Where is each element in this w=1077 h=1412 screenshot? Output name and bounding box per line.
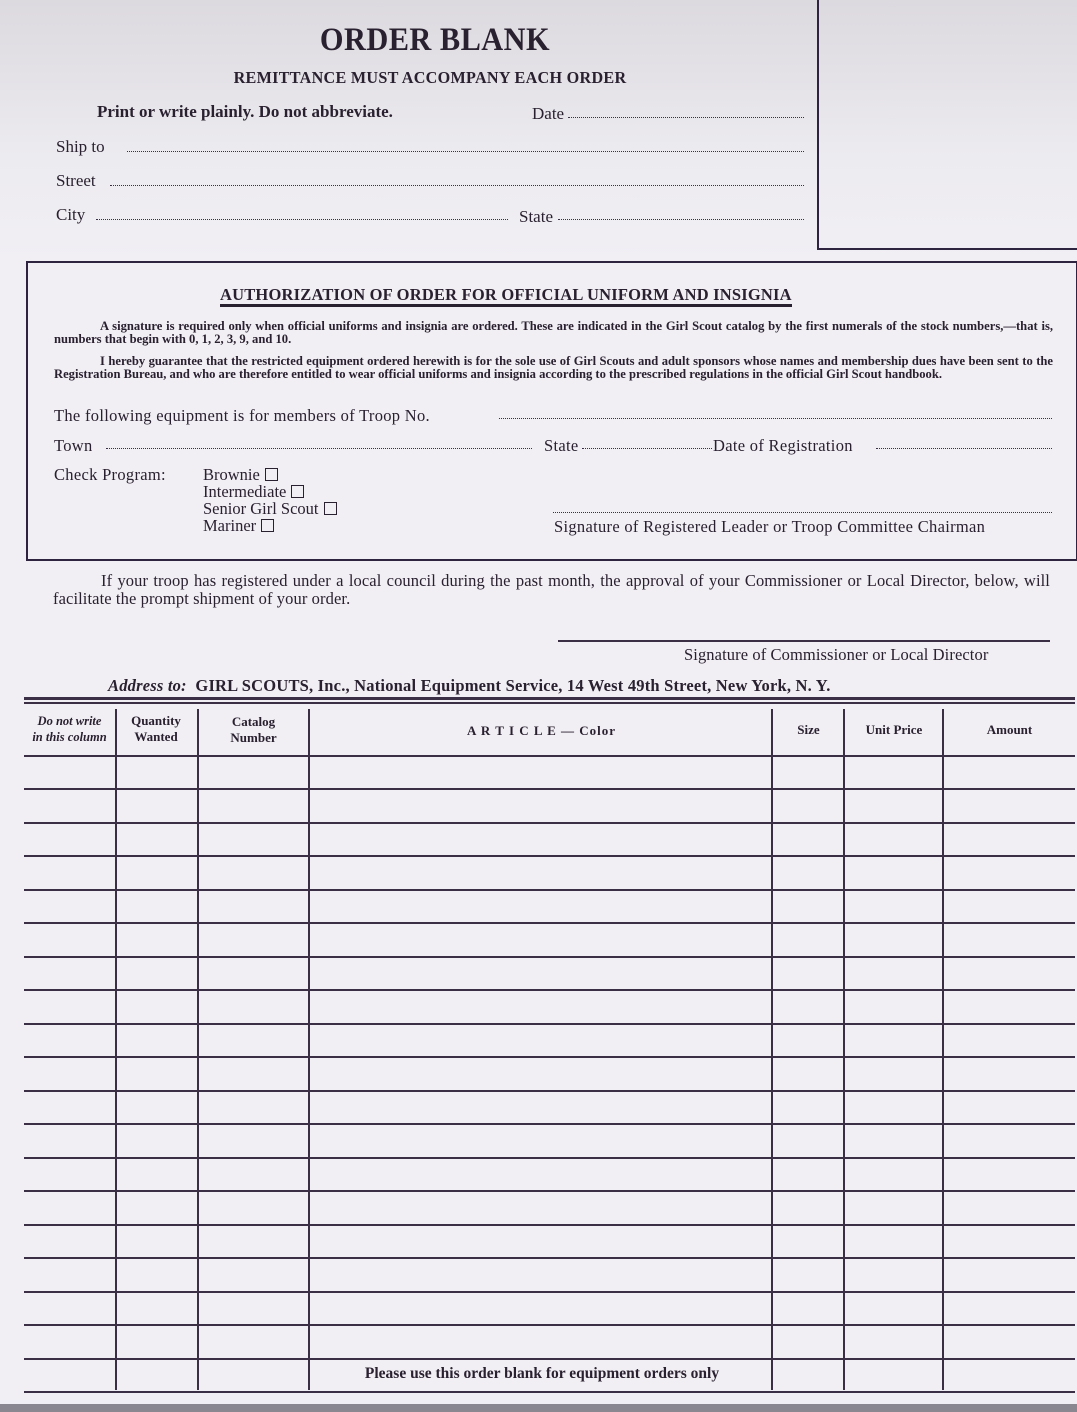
cell-amount[interactable]	[947, 892, 1072, 919]
city-field[interactable]	[96, 219, 508, 220]
cell-catalog[interactable]	[200, 791, 307, 818]
row-rule	[24, 1324, 1075, 1326]
row-rule	[24, 1056, 1075, 1058]
cell-amount[interactable]	[947, 1260, 1072, 1287]
approval-note: If your troop has registered under a loc…	[53, 572, 1050, 608]
row-rule	[24, 1391, 1075, 1393]
cell-office	[27, 1093, 112, 1120]
cell-size[interactable]	[776, 1126, 841, 1153]
row-rule	[24, 1190, 1075, 1192]
cell-amount[interactable]	[947, 1026, 1072, 1053]
leader-signature-label: Signature of Registered Leader or Troop …	[554, 517, 985, 537]
cell-catalog[interactable]	[200, 925, 307, 952]
col-header-unit-price: Unit Price	[844, 722, 944, 738]
cell-size[interactable]	[776, 892, 841, 919]
instruction-text: Print or write plainly. Do not abbreviat…	[97, 102, 393, 122]
cell-amount[interactable]	[947, 1059, 1072, 1086]
cell-office	[27, 892, 112, 919]
cell-quantity[interactable]	[118, 892, 194, 919]
program-senior-girl-scout[interactable]: Senior Girl Scout	[203, 500, 337, 517]
cell-office	[27, 959, 112, 986]
senior-girl-scout-checkbox[interactable]	[324, 502, 337, 515]
cell-office	[27, 1126, 112, 1153]
cell-office	[27, 1294, 112, 1321]
cell-catalog[interactable]	[200, 1294, 307, 1321]
cell-unit_price[interactable]	[847, 825, 941, 852]
table-top-rule-2	[24, 702, 1075, 704]
cell-article[interactable]	[313, 825, 770, 852]
cell-article[interactable]	[313, 1059, 770, 1086]
brownie-checkbox[interactable]	[265, 468, 278, 481]
cell-catalog[interactable]	[200, 1093, 307, 1120]
cell-catalog[interactable]	[200, 1160, 307, 1187]
commissioner-signature-field[interactable]	[558, 640, 1050, 642]
cell-article[interactable]	[313, 1126, 770, 1153]
authorization-paragraph-2: I hereby guarantee that the restricted e…	[54, 355, 1053, 380]
leader-signature-field[interactable]	[553, 512, 1052, 513]
state-field[interactable]	[558, 219, 804, 220]
address-text: GIRL SCOUTS, Inc., National Equipment Se…	[195, 676, 830, 695]
address-prefix: Address to:	[108, 676, 187, 695]
cell-amount[interactable]	[947, 791, 1072, 818]
date-field[interactable]	[568, 117, 804, 118]
cell-quantity[interactable]	[118, 1059, 194, 1086]
cell-unit_price[interactable]	[847, 1193, 941, 1220]
cell-size[interactable]	[776, 1093, 841, 1120]
street-field[interactable]	[110, 185, 804, 186]
cell-article[interactable]	[313, 1093, 770, 1120]
cell-catalog[interactable]	[200, 1126, 307, 1153]
cell-catalog[interactable]	[200, 1059, 307, 1086]
header-line: Number	[197, 730, 310, 746]
cell-unit_price[interactable]	[847, 1160, 941, 1187]
row-rule	[24, 1090, 1075, 1092]
town-field[interactable]	[106, 448, 532, 449]
cell-office	[27, 1327, 112, 1354]
cell-office	[27, 758, 112, 785]
row-rule	[24, 889, 1075, 891]
row-rule	[24, 788, 1075, 790]
header-line: Quantity	[115, 713, 197, 729]
cell-amount[interactable]	[947, 758, 1072, 785]
troop-number-field[interactable]	[499, 418, 1052, 419]
auth-state-label: State	[544, 436, 579, 456]
cell-quantity[interactable]	[118, 1193, 194, 1220]
ship-to-field[interactable]	[127, 151, 804, 152]
cell-article[interactable]	[313, 959, 770, 986]
cell-size[interactable]	[776, 1193, 841, 1220]
cell-article[interactable]	[313, 892, 770, 919]
cell-article[interactable]	[313, 1260, 770, 1287]
street-label: Street	[56, 171, 96, 191]
cell-unit_price[interactable]	[847, 1227, 941, 1254]
cell-office	[27, 1160, 112, 1187]
cell-amount[interactable]	[947, 825, 1072, 852]
cell-catalog[interactable]	[200, 892, 307, 919]
cell-quantity[interactable]	[118, 1026, 194, 1053]
col-divider	[115, 709, 117, 1390]
program-label: Mariner	[203, 516, 256, 535]
cell-office	[27, 1026, 112, 1053]
mailing-address: Address to: GIRL SCOUTS, Inc., National …	[108, 676, 831, 696]
cell-quantity[interactable]	[118, 825, 194, 852]
cell-catalog[interactable]	[200, 992, 307, 1019]
cell-article[interactable]	[313, 1026, 770, 1053]
check-program-label: Check Program:	[54, 465, 166, 485]
cell-unit_price[interactable]	[847, 758, 941, 785]
cell-quantity[interactable]	[118, 959, 194, 986]
col-header-size: Size	[773, 722, 844, 738]
cell-amount[interactable]	[947, 959, 1072, 986]
cell-size[interactable]	[776, 1327, 841, 1354]
cell-article[interactable]	[313, 1160, 770, 1187]
cell-unit_price[interactable]	[847, 892, 941, 919]
row-rule	[24, 922, 1075, 924]
row-rule	[24, 1023, 1075, 1025]
row-rule	[24, 822, 1075, 824]
cell-quantity[interactable]	[118, 1227, 194, 1254]
form-title: ORDER BLANK	[35, 22, 835, 59]
cell-quantity[interactable]	[118, 858, 194, 885]
header-line: Catalog	[197, 714, 310, 730]
date-of-registration-label: Date of Registration	[713, 436, 853, 456]
cell-office	[27, 1227, 112, 1254]
col-header-quantity: Quantity Wanted	[115, 713, 197, 745]
cell-catalog[interactable]	[200, 959, 307, 986]
row-rule	[24, 755, 1075, 757]
approval-note-text: If your troop has registered under a loc…	[53, 571, 1050, 608]
table-footer-note: Please use this order blank for equipmen…	[312, 1365, 772, 1383]
cell-unit_price[interactable]	[847, 791, 941, 818]
cell-office	[27, 1193, 112, 1220]
cell-catalog[interactable]	[200, 1193, 307, 1220]
cell-quantity[interactable]	[118, 925, 194, 952]
cell-unit_price[interactable]	[847, 1093, 941, 1120]
commissioner-signature-label: Signature of Commissioner or Local Direc…	[684, 645, 988, 665]
col-divider	[197, 709, 199, 1390]
cell-unit_price[interactable]	[847, 858, 941, 885]
program-mariner[interactable]: Mariner	[203, 517, 274, 534]
cell-article[interactable]	[313, 1193, 770, 1220]
cell-quantity[interactable]	[118, 1160, 194, 1187]
cell-quantity[interactable]	[118, 1327, 194, 1354]
col-divider	[308, 709, 310, 1390]
row-rule	[24, 1291, 1075, 1293]
cell-size[interactable]	[776, 825, 841, 852]
auth-state-field[interactable]	[582, 448, 712, 449]
cell-amount[interactable]	[947, 1327, 1072, 1354]
cell-catalog[interactable]	[200, 758, 307, 785]
scan-bottom-edge	[0, 1404, 1077, 1412]
cell-unit_price[interactable]	[847, 1260, 941, 1287]
cell-size[interactable]	[776, 1059, 841, 1086]
col-header-article: A R T I C L E — Color	[310, 723, 773, 739]
col-divider	[942, 709, 944, 1390]
cell-size[interactable]	[776, 858, 841, 885]
cell-article[interactable]	[313, 791, 770, 818]
col-header-amount: Amount	[944, 722, 1075, 738]
cell-size[interactable]	[776, 1026, 841, 1053]
cell-catalog[interactable]	[200, 825, 307, 852]
table-top-rule	[24, 697, 1075, 700]
cell-office	[27, 1059, 112, 1086]
program-brownie[interactable]: Brownie	[203, 466, 278, 483]
cell-size[interactable]	[776, 992, 841, 1019]
mariner-checkbox[interactable]	[261, 519, 274, 532]
cell-office	[27, 825, 112, 852]
cell-quantity[interactable]	[118, 791, 194, 818]
cell-catalog[interactable]	[200, 1327, 307, 1354]
cell-unit_price[interactable]	[847, 925, 941, 952]
cell-unit_price[interactable]	[847, 992, 941, 1019]
row-rule	[24, 1224, 1075, 1226]
cell-catalog[interactable]	[200, 1260, 307, 1287]
cell-amount[interactable]	[947, 1126, 1072, 1153]
col-divider	[771, 709, 773, 1390]
cell-amount[interactable]	[947, 1294, 1072, 1321]
authorization-title: AUTHORIZATION OF ORDER FOR OFFICIAL UNIF…	[220, 285, 792, 307]
cell-quantity[interactable]	[118, 758, 194, 785]
cell-size[interactable]	[776, 1294, 841, 1321]
cell-amount[interactable]	[947, 925, 1072, 952]
cell-quantity[interactable]	[118, 1126, 194, 1153]
cell-quantity[interactable]	[118, 1260, 194, 1287]
cell-article[interactable]	[313, 992, 770, 1019]
program-intermediate[interactable]: Intermediate	[203, 483, 304, 500]
cell-quantity[interactable]	[118, 992, 194, 1019]
form-subtitle: REMITTANCE MUST ACCOMPANY EACH ORDER	[22, 68, 839, 88]
cell-amount[interactable]	[947, 858, 1072, 885]
cell-article[interactable]	[313, 1294, 770, 1321]
paragraph-1-text: A signature is required only when offici…	[54, 319, 1053, 346]
cell-unit_price[interactable]	[847, 1327, 941, 1354]
cell-size[interactable]	[776, 1227, 841, 1254]
cell-catalog[interactable]	[200, 1227, 307, 1254]
authorization-paragraph-1: A signature is required only when offici…	[54, 320, 1053, 345]
row-rule	[24, 956, 1075, 958]
cell-article[interactable]	[313, 1327, 770, 1354]
state-label: State	[519, 207, 553, 227]
cell-size[interactable]	[776, 1260, 841, 1287]
cell-article[interactable]	[313, 758, 770, 785]
cell-size[interactable]	[776, 791, 841, 818]
row-rule	[24, 1358, 1075, 1360]
city-label: City	[56, 205, 85, 225]
date-label: Date	[532, 104, 564, 124]
cell-amount[interactable]	[947, 1227, 1072, 1254]
cell-office	[27, 858, 112, 885]
cell-office	[27, 791, 112, 818]
header-line: Wanted	[115, 729, 197, 745]
cell-unit_price[interactable]	[847, 1126, 941, 1153]
cell-size[interactable]	[776, 1160, 841, 1187]
paragraph-2-text: I hereby guarantee that the restricted e…	[54, 354, 1053, 381]
header-line: in this column	[24, 729, 115, 745]
cell-article[interactable]	[313, 925, 770, 952]
cell-unit_price[interactable]	[847, 1026, 941, 1053]
cell-catalog[interactable]	[200, 1026, 307, 1053]
row-rule	[24, 989, 1075, 991]
cell-unit_price[interactable]	[847, 959, 941, 986]
cell-unit_price[interactable]	[847, 1294, 941, 1321]
cell-office	[27, 1260, 112, 1287]
col-header-catalog: Catalog Number	[197, 714, 310, 746]
cell-office	[27, 992, 112, 1019]
cell-quantity[interactable]	[118, 1093, 194, 1120]
cell-article[interactable]	[313, 1227, 770, 1254]
town-label: Town	[54, 436, 93, 456]
cell-amount[interactable]	[947, 1093, 1072, 1120]
row-rule	[24, 1157, 1075, 1159]
cell-amount[interactable]	[947, 992, 1072, 1019]
row-rule	[24, 1257, 1075, 1259]
cell-catalog[interactable]	[200, 858, 307, 885]
cell-office	[27, 925, 112, 952]
ship-to-label: Ship to	[56, 137, 105, 157]
cell-article[interactable]	[313, 858, 770, 885]
troop-label: The following equipment is for members o…	[54, 406, 430, 426]
date-of-registration-field[interactable]	[876, 448, 1052, 449]
cell-amount[interactable]	[947, 1160, 1072, 1187]
col-header-office: Do not write in this column	[24, 713, 115, 745]
cell-size[interactable]	[776, 925, 841, 952]
col-divider	[843, 709, 845, 1390]
row-rule	[24, 855, 1075, 857]
header-line: Do not write	[24, 713, 115, 729]
cell-unit_price[interactable]	[847, 1059, 941, 1086]
intermediate-checkbox[interactable]	[291, 485, 304, 498]
cell-quantity[interactable]	[118, 1294, 194, 1321]
cell-amount[interactable]	[947, 1193, 1072, 1220]
office-use-box	[817, 0, 1077, 250]
cell-size[interactable]	[776, 959, 841, 986]
row-rule	[24, 1123, 1075, 1125]
cell-size[interactable]	[776, 758, 841, 785]
